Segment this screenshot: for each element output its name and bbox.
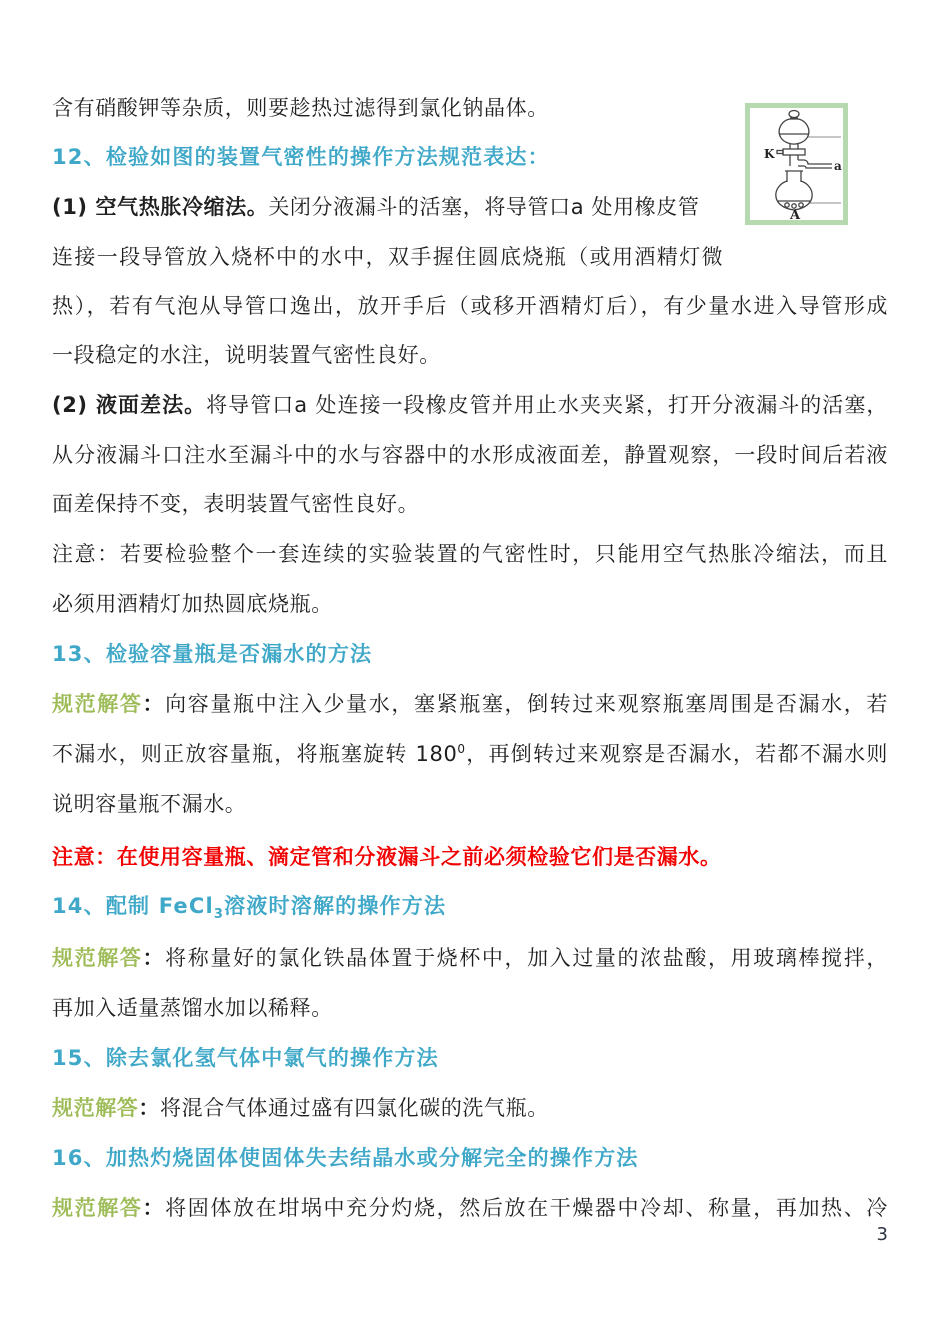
answer-label: 规范解答 — [52, 692, 143, 716]
answer-14-line-1: 规范解答：将称量好的氯化铁晶体置于烧杯中，加入过量的浓盐酸，用玻璃棒搅拌， — [52, 942, 888, 974]
answer-16-line: 规范解答：将固体放在坩埚中充分灼烧，然后放在干燥器中冷却、称量，再加热、冷 — [52, 1192, 888, 1224]
stopcock-icon — [783, 149, 805, 155]
tube-label: a — [834, 159, 842, 173]
answer-14-line-2: 再加入适量蒸馏水加以稀释。 — [52, 992, 888, 1024]
note-12-line-1: 注意：若要检验整个一套连续的实验装置的气密性时，只能用空气热胀冷缩法，而且 — [52, 538, 888, 570]
section-14-heading: 14、配制 FeCl3溶液时溶解的操作方法 — [52, 890, 888, 922]
section-13-heading: 13、检验容量瓶是否漏水的方法 — [52, 638, 888, 670]
section-15-heading: 15、除去氯化氢气体中氯气的操作方法 — [52, 1042, 888, 1074]
method-1-line-2: 连接一段导管放入烧杯中的水中，双手握住圆底烧瓶（或用酒精灯微 — [52, 241, 888, 273]
answer-colon: ： — [143, 1196, 166, 1220]
fecl3-subscript: 3 — [214, 907, 224, 922]
answer-colon: ： — [143, 692, 166, 716]
separating-funnel-icon — [779, 119, 809, 144]
answer-13-text-post: ，再倒转过来观察是否漏水，若都不漏水则 — [466, 742, 888, 766]
answer-label: 规范解答 — [52, 946, 143, 970]
page-number: 3 — [52, 1224, 900, 1245]
answer-14-text: 将称量好的氯化铁晶体置于烧杯中，加入过量的浓盐酸，用玻璃棒搅拌， — [165, 946, 888, 970]
method-2-line-1: (2) 液面差法。将导管口a 处连接一段橡皮管并用止水夹夹紧，打开分液漏斗的活塞… — [52, 389, 888, 421]
method-1-label: (1) 空气热胀冷缩法。 — [52, 195, 268, 219]
answer-colon: ： — [138, 1096, 160, 1120]
flask-label: A — [789, 208, 801, 220]
answer-13-line-2: 不漏水，则正放容量瓶，将瓶塞旋转 1800，再倒转过来观察是否漏水，若都不漏水则 — [52, 738, 888, 770]
answer-15-text: 将混合气体通过盛有四氯化碳的洗气瓶。 — [160, 1096, 549, 1120]
answer-15-line: 规范解答：将混合气体通过盛有四氯化碳的洗气瓶。 — [52, 1092, 888, 1124]
method-1-line-3: 热），若有气泡从导管口逸出，放开手后（或移开酒精灯后），有少量水进入导管形成 — [52, 290, 888, 322]
note-13-warning: 注意：在使用容量瓶、滴定管和分液漏斗之前必须检验它们是否漏水。 — [52, 841, 888, 873]
note-12-line-2: 必须用酒精灯加热圆底烧瓶。 — [52, 588, 888, 620]
degree-superscript: 0 — [457, 742, 465, 756]
answer-13-text-pre: 不漏水，则正放容量瓶，将瓶塞旋转 180 — [52, 742, 457, 766]
delivery-tube-icon — [798, 160, 832, 164]
heading-14-post: 溶液时溶解的操作方法 — [224, 894, 446, 918]
apparatus-drawing: K a A — [750, 108, 843, 220]
method-2-text: 将导管口a 处连接一段橡皮管并用止水夹夹紧，打开分液漏斗的活塞， — [206, 393, 888, 417]
answer-colon: ： — [143, 946, 166, 970]
answer-label: 规范解答 — [52, 1096, 138, 1120]
answer-13-line-1: 规范解答：向容量瓶中注入少量水，塞紧瓶塞，倒转过来观察瓶塞周围是否漏水，若 — [52, 688, 888, 720]
section-16-heading: 16、加热灼烧固体使固体失去结晶水或分解完全的操作方法 — [52, 1142, 888, 1174]
heading-14-pre: 14、配制 FeCl — [52, 894, 214, 918]
method-2-label: (2) 液面差法。 — [52, 393, 206, 417]
answer-label: 规范解答 — [52, 1196, 143, 1220]
method-1-line-4: 一段稳定的水注，说明装置气密性良好。 — [52, 339, 888, 371]
method-2-line-2: 从分液漏斗口注水至漏斗中的水与容器中的水形成液面差，静置观察，一段时间后若液 — [52, 439, 888, 471]
stopcock-label: K — [764, 147, 775, 161]
funnel-stopper-icon — [789, 111, 799, 118]
answer-13-line-3: 说明容量瓶不漏水。 — [52, 788, 888, 820]
method-1-text: 关闭分液漏斗的活塞，将导管口a 处用橡皮管 — [268, 195, 699, 219]
round-flask-icon — [776, 181, 812, 210]
apparatus-figure: K a A — [745, 103, 848, 225]
document-page: 含有硝酸钾等杂质，则要趁热过滤得到氯化钠晶体。 12、检验如图的装置气密性的操作… — [0, 0, 942, 1332]
answer-16-text: 将固体放在坩埚中充分灼烧，然后放在干燥器中冷却、称量，再加热、冷 — [165, 1196, 888, 1220]
method-2-line-3: 面差保持不变，表明装置气密性良好。 — [52, 488, 888, 520]
answer-13-text: 向容量瓶中注入少量水，塞紧瓶塞，倒转过来观察瓶塞周围是否漏水，若 — [165, 692, 888, 716]
